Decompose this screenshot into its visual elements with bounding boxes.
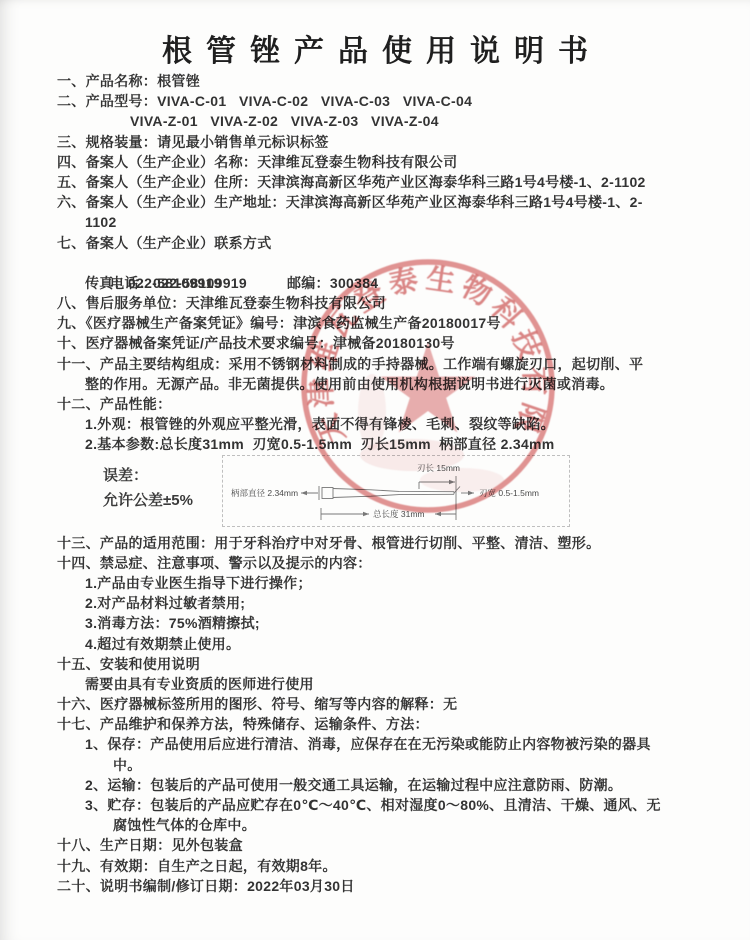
doc-line: 整的作用。无源产品。非无菌提供。使用前由使用机构根据说明书进行灭菌或消毒。 bbox=[85, 374, 737, 394]
file-technical-drawing: 柄部直径 2.34mm 刃长 15mm 刃宽 0.5-1.5mm 总长度 31m… bbox=[223, 456, 569, 526]
doc-line: 1、保存：产品使用后应进行清洁、消毒，应保存在在无污染或能防止内容物被污染的器具 bbox=[85, 734, 737, 754]
line-maintenance: 十七、产品维护和保养方法，特殊储存、运输条件、方法： bbox=[57, 714, 737, 734]
tolerance-note: 误差： 允许公差±5% bbox=[103, 463, 193, 513]
blade-length-label: 刃长 15mm bbox=[417, 463, 460, 473]
tolerance-label: 误差： bbox=[103, 467, 148, 484]
doc-line: 3.消毒方法：75%酒精擦拭; bbox=[85, 613, 737, 633]
total-length-label: 总长度 31mm bbox=[373, 509, 424, 519]
line-spec: 三、规格装量：请见最小销售单元标识标签 bbox=[57, 132, 737, 152]
line-structure: 十一、产品主要结构组成：采用不锈钢材料制成的手持器械。工作端有螺旋刃口，起切削、… bbox=[57, 354, 737, 374]
doc-line: 1102 bbox=[85, 212, 737, 232]
line-phone-postal: 电话：022-58109919邮编：300384 bbox=[85, 253, 737, 273]
doc-line: 2.对产品材料过敏者禁用; bbox=[85, 593, 737, 613]
doc-line: 4.超过有效期禁止使用。 bbox=[85, 634, 737, 654]
doc-line: 3、贮存：包装后的产品应贮存在0℃～40℃、相对湿度0～80%、且清洁、干燥、通… bbox=[85, 795, 737, 815]
tolerance-value: 允许公差±5% bbox=[103, 492, 193, 509]
blade-width-label: 刃宽 0.5-1.5mm bbox=[479, 488, 539, 498]
line-install: 十五、安装和使用说明 bbox=[57, 654, 737, 674]
line-after-sales: 八、售后服务单位：天津维瓦登泰生物科技有限公司 bbox=[57, 293, 737, 313]
line-product-models2: VIVA-Z-01 VIVA-Z-02 VIVA-Z-03 VIVA-Z-04 bbox=[130, 111, 737, 131]
line-production-addr: 六、备案人（生产企业）生产地址：天津滨海高新区华苑产业区海泰华科三路1号4号楼-… bbox=[57, 192, 737, 212]
document-body: 一、产品名称：根管锉 二、产品型号：VIVA-C-01 VIVA-C-02 VI… bbox=[57, 71, 737, 896]
doc-line: 腐蚀性气体的仓库中。 bbox=[113, 815, 737, 835]
line-shelf-life: 十九、有效期：自生产之日起，有效期8年。 bbox=[57, 856, 737, 876]
line-symbols: 十六、医疗器械标签所用的图形、符号、缩写等内容的解释：无 bbox=[57, 694, 737, 714]
line-product-name: 一、产品名称：根管锉 bbox=[57, 71, 737, 91]
line-registrant-addr: 五、备案人（生产企业）住所：天津滨海高新区华苑产业区海泰华科三路1号4号楼-1、… bbox=[57, 172, 737, 192]
instruction-document-page: 根管锉产品使用说明书 一、产品名称：根管锉 二、产品型号：VIVA-C-01 V… bbox=[0, 0, 750, 940]
doc-line: 2、运输：包装后的产品可使用一般交通工具运输，在运输过程中应注意防雨、防潮。 bbox=[85, 775, 737, 795]
line-product-models: 二、产品型号：VIVA-C-01 VIVA-C-02 VIVA-C-03 VIV… bbox=[57, 91, 737, 111]
line-contraind: 十四、禁忌症、注意事项、警示以及提示的内容： bbox=[57, 553, 737, 573]
doc-line: 1.产品由专业医生指导下进行操作； bbox=[85, 573, 737, 593]
line-appearance: 1.外观：根管锉的外观应平整光滑，表面不得有锋棱、毛刺、裂纹等缺陷。 bbox=[85, 414, 737, 434]
line-registrant-name: 四、备案人（生产企业）名称：天津维瓦登泰生物科技有限公司 bbox=[57, 152, 737, 172]
doc-line: 需要由具有专业资质的医师进行使用 bbox=[85, 674, 737, 694]
line-prod-date: 十八、生产日期：见外包装盒 bbox=[57, 835, 737, 855]
line-scope: 十三、产品的适用范围：用于牙科治疗中对牙骨、根管进行切削、平整、清洁、塑形。 bbox=[57, 533, 737, 553]
postal-code: 邮编：300384 bbox=[287, 273, 378, 293]
line-record-no: 十、医疗器械备案凭证/产品技术要求编号：津械备20180130号 bbox=[57, 333, 737, 353]
line-parameters: 2.基本参数:总长度31mm 刃宽0.5-1.5mm 刃长15mm 柄部直径 2… bbox=[85, 434, 737, 454]
doc-line: 中。 bbox=[113, 755, 737, 775]
line-license-no: 九、《医疗器械生产备案凭证》编号：津滨食药监械生产备20180017号 bbox=[57, 313, 737, 333]
document-title: 根管锉产品使用说明书 bbox=[0, 26, 750, 70]
line-revision-date: 二十、说明书编制/修订日期：2022年03月30日 bbox=[57, 876, 737, 896]
line-fax: 传真：022-58109919 bbox=[85, 273, 737, 293]
diagram-box: 柄部直径 2.34mm 刃长 15mm 刃宽 0.5-1.5mm 总长度 31m… bbox=[222, 455, 570, 527]
handle-diameter-label: 柄部直径 2.34mm bbox=[231, 488, 298, 498]
line-performance: 十二、产品性能： bbox=[57, 394, 737, 414]
line-contact: 七、备案人（生产企业）联系方式 bbox=[57, 233, 737, 253]
dimension-diagram: 误差： 允许公差±5% bbox=[57, 455, 737, 531]
